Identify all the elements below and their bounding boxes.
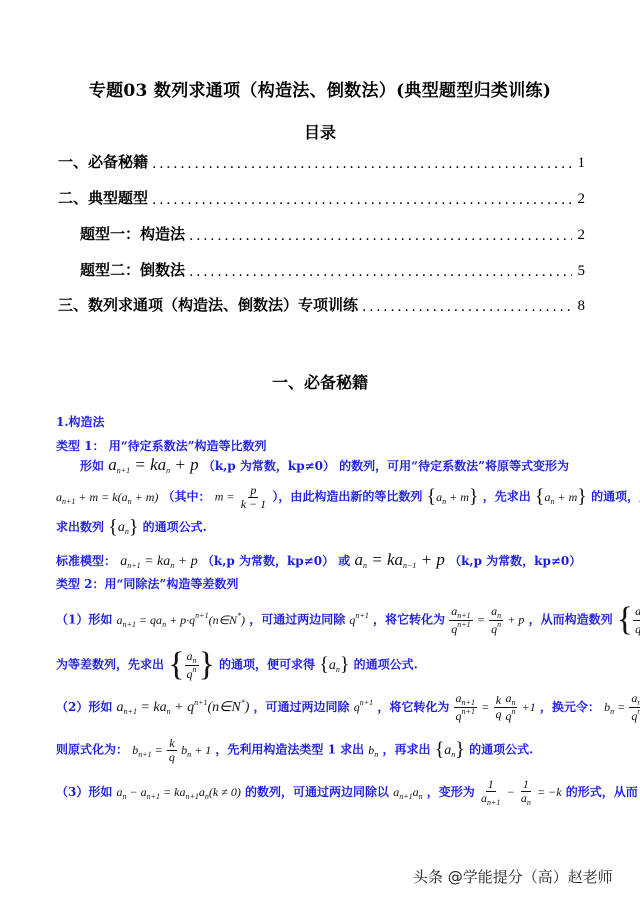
fraction: 1an+1	[479, 778, 502, 807]
text: 为等差数列，先求出	[56, 658, 164, 672]
brace: {	[617, 601, 633, 638]
text: 的数列，可用“待定系数法”将原等式变形为	[339, 459, 569, 473]
text: 的形式，从而	[566, 785, 638, 799]
formula: qn+1	[349, 613, 368, 627]
formula: −	[507, 785, 515, 799]
type1-line1: 形如 an+1 = kan + p （k,p 为常数，kp≠0） 的数列，可用“…	[80, 455, 569, 475]
formula: an + m	[436, 490, 469, 504]
toc-page-number: 2	[578, 191, 586, 208]
formula: an + m	[545, 490, 578, 504]
formula: + p	[507, 613, 524, 627]
text: ），由此构造出新的等比数列	[272, 490, 422, 504]
standard-model: 标准模型： an+1 = kan + p （k,p 为常数，kp≠0） 或 an…	[56, 550, 581, 570]
fraction: an+1qn+1	[449, 605, 472, 636]
text: ，从而构造数列	[529, 613, 613, 627]
type1-line3: 求出数列 {an} 的通项公式.	[56, 516, 207, 539]
toc-page-number: 1	[578, 155, 586, 172]
toc-entry[interactable]: 三、数列求通项（构造法、倒数法）专项训练 ...................…	[58, 293, 585, 315]
brace: }	[455, 739, 465, 761]
toc-entry[interactable]: 二、典型题型 .................................…	[58, 186, 585, 208]
formula: m =	[215, 490, 235, 504]
text: （3）形如	[56, 785, 112, 799]
formula: an	[444, 743, 455, 758]
formula: an − an+1 = kan+1an(k ≠ 0)	[117, 785, 241, 799]
fraction: kq	[493, 694, 503, 720]
brace: }	[129, 516, 139, 538]
condition-text: （k,p 为常数，kp≠0）	[449, 554, 581, 568]
brace: }	[577, 486, 587, 508]
type2-item2-line2: 则原式化为： bn+1 = kq bn + 1 ，先利用构造法类型 1 求出 b…	[56, 737, 533, 763]
text: （2）形如	[56, 700, 112, 714]
formula: an+1an	[393, 785, 422, 799]
text: （1）形如	[56, 613, 112, 627]
text: ，将它转化为	[377, 700, 449, 714]
type2-heading: 类型 2：用“同除法”构造等差数列	[56, 575, 238, 592]
fraction: an+1qn+1	[454, 692, 477, 723]
formula: an+1 = kan + p	[108, 455, 198, 474]
toc-leader-dots: ........................................…	[152, 192, 571, 208]
toc-entry[interactable]: 题型一：构造法 ................................…	[80, 222, 585, 244]
document-title: 专题03 数列求通项（构造法、倒数法）(典型题型归类训练)	[0, 76, 640, 101]
formula: bn =	[604, 700, 625, 714]
formula: an	[118, 520, 129, 535]
brace: {	[435, 739, 445, 761]
condition-text: （k,p 为常数，kp≠0）	[202, 554, 334, 568]
formula: bn+1 =	[132, 743, 163, 757]
label: 标准模型：	[56, 554, 116, 568]
fraction: anqn	[503, 692, 517, 723]
brace: {	[168, 646, 184, 683]
formula: +1	[522, 700, 536, 714]
formula: an+1 = kan + p	[120, 554, 198, 569]
type1-line2: an+1 + m = k(an + m) （其中： m = pk − 1 ），由…	[56, 484, 640, 510]
type2-item2-line1: （2）形如 an+1 = kan + qn+1(n∈N*) ，可通过两边同除 q…	[56, 692, 640, 723]
formula: = −k	[537, 785, 562, 799]
section-heading: 一、必备秘籍	[0, 370, 640, 393]
text: ，可通过两边同除	[254, 700, 350, 714]
fraction: anqn	[629, 692, 640, 723]
toc-entry[interactable]: 题型二：倒数法 ................................…	[80, 258, 585, 280]
toc-label: 一、必备秘籍	[58, 151, 148, 172]
fraction: kq	[167, 737, 177, 763]
formula: bn + 1	[181, 743, 211, 757]
toc-label: 三、数列求通项（构造法、倒数法）专项训练	[58, 294, 358, 315]
toc-page-number: 2	[578, 227, 586, 244]
toc-page-number: 8	[578, 298, 586, 315]
toc-leader-dots: ........................................…	[362, 299, 571, 315]
formula: bn	[368, 743, 378, 757]
type2-item1-line2: 为等差数列，先求出 {anqn} 的通项，便可求得 {an} 的通项公式.	[56, 648, 418, 682]
watermark: 头条 @学能提分（高）赵老师	[413, 866, 613, 887]
brace: {	[319, 654, 329, 676]
formula: an+1 = kan + qn+1(n∈N*)	[117, 700, 250, 715]
formula: an+1 = qan + p·qn+1(n∈N*)	[117, 613, 245, 627]
toc-heading: 目录	[0, 120, 640, 143]
toc-leader-dots: ........................................…	[189, 228, 571, 244]
toc-leader-dots: ........................................…	[152, 156, 571, 172]
text: ，变形为	[427, 785, 475, 799]
brace: }	[469, 486, 479, 508]
formula: =	[477, 613, 485, 627]
formula: an = kan−1 + p	[354, 550, 444, 569]
text: ，先利用构造法类型 1 求出	[215, 743, 364, 757]
text: 的数列，可通过两边同除以	[245, 785, 389, 799]
text: 的通项，从而	[591, 490, 640, 504]
fraction: anqn	[489, 605, 503, 636]
text: ，换元令：	[540, 700, 600, 714]
toc-leader-dots: ........................................…	[189, 264, 571, 280]
text: ，再求出	[382, 743, 430, 757]
text: 求出数列	[56, 520, 104, 534]
text: 则原式化为：	[56, 743, 128, 757]
condition-text: （k,p 为常数，kp≠0）	[203, 459, 335, 473]
brace: }	[340, 654, 350, 676]
toc-label: 题型一：构造法	[80, 223, 185, 244]
text: 或	[338, 554, 350, 568]
text: 的通项，便可求得	[219, 658, 315, 672]
formula: =	[481, 700, 489, 714]
toc-label: 二、典型题型	[58, 187, 148, 208]
toc-entry[interactable]: 一、必备秘籍 .................................…	[58, 150, 585, 172]
formula: qn+1	[354, 700, 373, 714]
text: 的通项公式.	[143, 520, 207, 534]
formula: an	[329, 658, 340, 673]
brace: {	[108, 516, 118, 538]
text: 的通项公式.	[354, 658, 418, 672]
toc-label: 题型二：倒数法	[80, 259, 185, 280]
type1-heading: 类型 1： 用“待定系数法”构造等比数列	[56, 437, 267, 454]
fraction: anqn	[633, 605, 640, 636]
fraction: anqn	[185, 650, 199, 681]
brace: {	[427, 486, 437, 508]
brace: }	[199, 646, 215, 683]
brace: {	[535, 486, 545, 508]
text: （其中：	[163, 490, 211, 504]
text: 的通项公式.	[469, 743, 533, 757]
type2-item1-line1: （1）形如 an+1 = qan + p·qn+1(n∈N*) ，可通过两边同除…	[56, 603, 640, 637]
text: 形如	[80, 459, 104, 473]
sub-heading: 1.构造法	[56, 413, 105, 430]
fraction: 1an	[519, 778, 533, 807]
text: ，将它转化为	[373, 613, 445, 627]
toc-page-number: 5	[578, 263, 586, 280]
fraction: pk − 1	[239, 484, 268, 510]
text: ，可通过两边同除	[249, 613, 345, 627]
text: ，先求出	[483, 490, 531, 504]
type2-item3-line1: （3）形如 an − an+1 = kan+1an(k ≠ 0) 的数列，可通过…	[56, 778, 638, 807]
formula: an+1 + m = k(an + m)	[56, 490, 158, 504]
